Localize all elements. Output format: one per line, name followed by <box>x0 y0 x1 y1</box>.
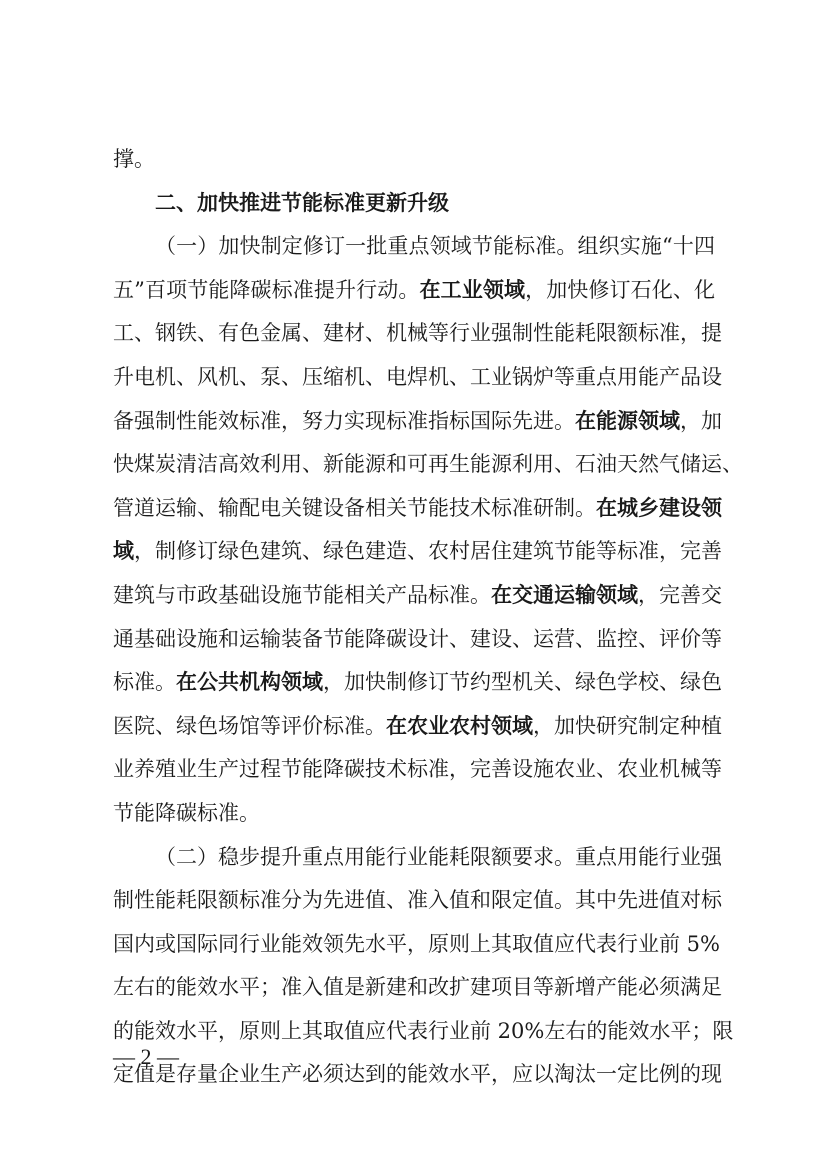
paragraph-line: 的能效水平，原则上其取值应代表行业前 20%左右的能效水平；限 <box>113 1010 715 1054</box>
paragraph-line: 建筑与市政基础设施节能相关产品标准。在交通运输领域，完善交 <box>113 574 715 618</box>
paragraph-line: （二）稳步提升重点用能行业能耗限额要求。重点用能行业强 <box>113 836 715 880</box>
paragraph-line: 左右的能效水平；准入值是新建和改扩建项目等新增产能必须满足 <box>113 966 715 1010</box>
paragraph-line: 工、钢铁、有色金属、建材、机械等行业强制性能耗限额标准，提 <box>113 312 715 356</box>
text-segment: 撑。 <box>113 147 155 171</box>
page-number: — 2 — <box>113 1044 179 1070</box>
bold-keyword: 在交通运输领域 <box>491 583 638 607</box>
text-segment: 工、钢铁、有色金属、建材、机械等行业强制性能耗限额标准，提 <box>113 321 722 345</box>
paragraph-line: 医院、绿色场馆等评价标准。在农业农村领域，加快研究制定种植 <box>113 705 715 749</box>
paragraph-line: 制性能耗限额标准分为先进值、准入值和限定值。其中先进值对标 <box>113 879 715 923</box>
paragraph-line: 节能降碳标准。 <box>113 792 715 836</box>
text-segment: ，加快制修订节约型机关、绿色学校、绿色 <box>323 670 722 694</box>
text-segment: 左右的能效水平；准入值是新建和改扩建项目等新增产能必须满足 <box>113 975 722 999</box>
text-segment: 制性能耗限额标准分为先进值、准入值和限定值。其中先进值对标 <box>113 888 722 912</box>
paragraph-line: 升电机、风机、泵、压缩机、电焊机、工业锅炉等重点用能产品设 <box>113 356 715 400</box>
text-segment: 建筑与市政基础设施节能相关产品标准。 <box>113 583 491 607</box>
text-segment: 医院、绿色场馆等评价标准。 <box>113 714 386 738</box>
paragraph-line: 标准。在公共机构领域，加快制修订节约型机关、绿色学校、绿色 <box>113 661 715 705</box>
text-segment: ，完善交 <box>638 583 722 607</box>
document-body: 撑。二、加快推进节能标准更新升级（一）加快制定修订一批重点领域节能标准。组织实施… <box>113 138 715 1097</box>
bold-keyword: 在工业领域 <box>419 278 525 302</box>
paragraph-line: 备强制性能效标准，努力实现标准指标国际先进。在能源领域，加 <box>113 400 715 444</box>
text-segment: 标准。 <box>113 670 176 694</box>
text-segment: ，制修订绿色建筑、绿色建造、农村居住建筑节能等标准，完善 <box>134 539 722 563</box>
paragraph-line: 国内或国际同行业能效领先水平，原则上其取值应代表行业前 5% <box>113 923 715 967</box>
bold-keyword: 二、加快推进节能标准更新升级 <box>155 191 449 215</box>
text-segment: 备强制性能效标准，努力实现标准指标国际先进。 <box>113 409 575 433</box>
text-segment: 业养殖业生产过程节能降碳技术标准，完善设施农业、农业机械等 <box>113 757 722 781</box>
text-segment: 管道运输、输配电关键设备相关节能技术标准研制。 <box>113 496 596 520</box>
paragraph-line: 快煤炭清洁高效利用、新能源和可再生能源利用、石油天然气储运、 <box>113 443 715 487</box>
text-segment: ，加快研究制定种植 <box>533 714 722 738</box>
text-segment: 升电机、风机、泵、压缩机、电焊机、工业锅炉等重点用能产品设 <box>113 365 722 389</box>
text-segment: 定值是存量企业生产必须达到的能效水平，应以淘汰一定比例的现 <box>113 1062 722 1086</box>
text-segment: 节能降碳标准。 <box>113 801 260 825</box>
document-page: 撑。二、加快推进节能标准更新升级（一）加快制定修订一批重点领域节能标准。组织实施… <box>0 0 826 1169</box>
text-segment: 快煤炭清洁高效利用、新能源和可再生能源利用、石油天然气储运、 <box>113 452 743 476</box>
text-segment: 通基础设施和运输装备节能降碳设计、建设、运营、监控、评价等 <box>113 627 722 651</box>
bold-keyword: 在农业农村领域 <box>386 714 533 738</box>
text-segment: ，加快修订石化、化 <box>525 278 715 302</box>
text-segment: （一）加快制定修订一批重点领域节能标准。组织实施“十四 <box>155 234 715 258</box>
bold-keyword: 在能源领域 <box>575 409 680 433</box>
paragraph-line: 域，制修订绿色建筑、绿色建造、农村居住建筑节能等标准，完善 <box>113 530 715 574</box>
text-segment: 的能效水平，原则上其取值应代表行业前 20%左右的能效水平；限 <box>113 1019 733 1043</box>
text-segment: （二）稳步提升重点用能行业能耗限额要求。重点用能行业强 <box>155 845 722 869</box>
paragraph-line: （一）加快制定修订一批重点领域节能标准。组织实施“十四 <box>113 225 715 269</box>
text-segment: 国内或国际同行业能效领先水平，原则上其取值应代表行业前 5% <box>113 932 720 956</box>
bold-keyword: 域 <box>113 539 134 563</box>
bold-keyword: 在公共机构领域 <box>176 670 323 694</box>
paragraph-line: 五”百项节能降碳标准提升行动。在工业领域，加快修订石化、化 <box>113 269 715 313</box>
text-segment: ，加 <box>680 409 722 433</box>
text-segment: 五”百项节能降碳标准提升行动。 <box>113 278 419 302</box>
paragraph-line: 业养殖业生产过程节能降碳技术标准，完善设施农业、农业机械等 <box>113 748 715 792</box>
paragraph-line: 撑。 <box>113 138 715 182</box>
paragraph-line: 定值是存量企业生产必须达到的能效水平，应以淘汰一定比例的现 <box>113 1053 715 1097</box>
paragraph-line: 通基础设施和运输装备节能降碳设计、建设、运营、监控、评价等 <box>113 618 715 662</box>
paragraph-line: 管道运输、输配电关键设备相关节能技术标准研制。在城乡建设领 <box>113 487 715 531</box>
section-heading: 二、加快推进节能标准更新升级 <box>113 182 715 226</box>
bold-keyword: 在城乡建设领 <box>596 496 722 520</box>
